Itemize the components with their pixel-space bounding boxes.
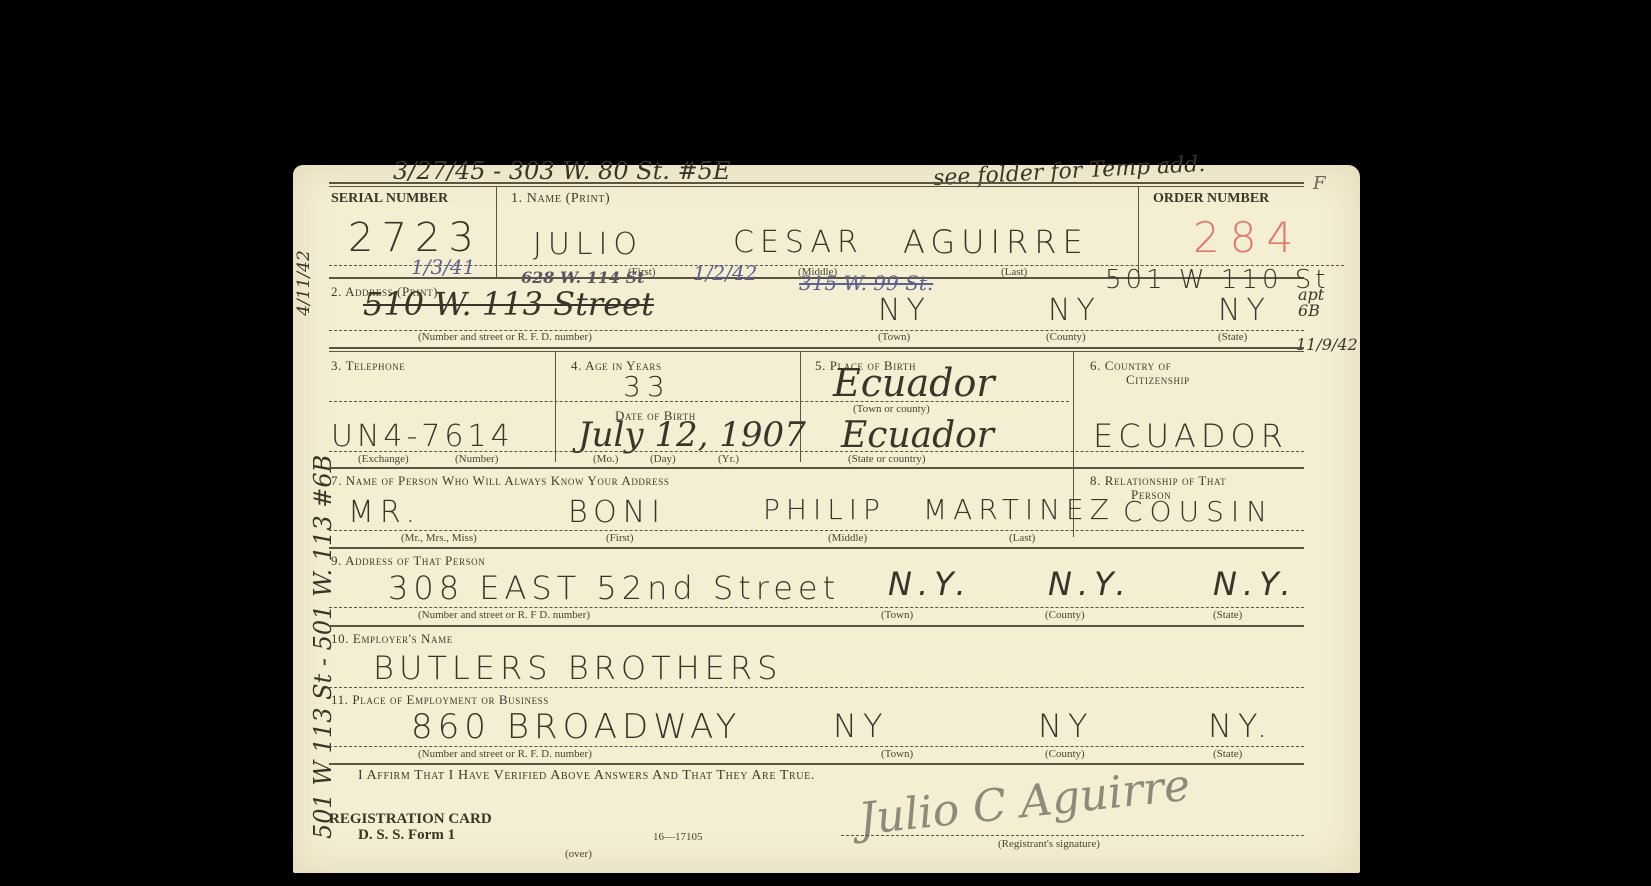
exchange-caption: (Exchange) [358, 453, 409, 465]
affirmation-text: I Affirm That I Have Verified Above Answ… [358, 768, 815, 784]
day-caption: (Day) [650, 453, 676, 465]
town-or-county-caption: (Town or county) [853, 403, 930, 415]
divider [329, 347, 1304, 349]
divider [329, 467, 1304, 469]
place-of-employment-label: 11. Place of Employment or Business [331, 692, 549, 708]
divider [1138, 187, 1139, 277]
print-code: 16—17105 [653, 831, 703, 843]
registration-card: 3/27/45 - 303 W. 80 St. #5E see folder f… [293, 165, 1360, 873]
contact-county-caption: (County) [1045, 609, 1085, 621]
divider [329, 547, 1304, 549]
place-of-birth-town: Ecuador [833, 361, 995, 405]
state-caption: (State) [1218, 331, 1247, 343]
registrant-signature: Julio C Aguirre [856, 760, 1192, 845]
contact-last: MARTINEZ [923, 493, 1115, 526]
date-of-birth-value: July 12, 1907 [578, 415, 806, 455]
address-state: NY [1218, 293, 1271, 328]
age-value: 33 [623, 370, 671, 403]
registration-card-title: REGISTRATION CARD [329, 811, 492, 828]
over-note: (over) [565, 848, 592, 860]
divider [329, 182, 1304, 184]
employment-street: 860 BROADWAY [411, 707, 741, 747]
contact-town-caption: (Town) [881, 609, 913, 621]
order-number-label: ORDER NUMBER [1153, 191, 1269, 207]
address-street: 510 W. 113 Street [363, 285, 654, 323]
title-caption: (Mr., Mrs., Miss) [401, 532, 477, 544]
contact-first: BONI [568, 495, 666, 530]
form-number: D. S. S. Form 1 [358, 827, 455, 844]
address-update-2-date: 1/2/42 [693, 261, 757, 285]
divider [329, 401, 1069, 402]
address-update-2-address: 315 W. 99 St. [799, 271, 933, 295]
contact-address-town: N.Y. [888, 565, 972, 603]
place-of-birth-state: Ecuador [841, 415, 994, 456]
serial-number-label: SERIAL NUMBER [331, 191, 448, 207]
employment-street-caption: (Number and street or R. F. D. number) [418, 748, 592, 760]
contact-address-state: N.Y. [1213, 565, 1297, 603]
divider [555, 352, 556, 462]
top-annotation: 3/27/45 - 303 W. 80 St. #5E [393, 157, 730, 185]
telephone-label: 3. Telephone [331, 358, 405, 374]
mo-caption: (Mo.) [593, 453, 618, 465]
address-update-1-date: 1/3/41 [411, 255, 475, 279]
employer-value: BUTLERS BROTHERS [373, 649, 782, 687]
address-update-3-date: 11/9/42 [1296, 335, 1358, 354]
contact-middle: PHILIP [763, 493, 886, 526]
citizenship-value: ECUADOR [1093, 417, 1288, 455]
divider [329, 746, 1304, 747]
contact-middle-caption: (Middle) [828, 532, 867, 544]
street-caption: (Number and street or R. F. D. number) [418, 331, 592, 343]
contact-address-county: N.Y. [1048, 565, 1132, 603]
divider [329, 530, 1304, 531]
divider [329, 607, 1304, 608]
contact-street-caption: (Number and street or R. F D. number) [418, 609, 590, 621]
employment-state: NY. [1208, 707, 1273, 745]
divider [329, 625, 1304, 627]
state-or-country-caption: (State or country) [848, 453, 926, 465]
address-town: NY [878, 293, 931, 328]
signature-line [841, 835, 1304, 836]
divider [329, 351, 1304, 352]
county-caption: (County) [1046, 331, 1086, 343]
address-county: NY [1048, 293, 1101, 328]
divider [329, 186, 1304, 187]
order-number-value: 284 [1193, 213, 1303, 262]
address-update-3-apt: apt 6B [1298, 287, 1348, 319]
yr-caption: (Yr.) [718, 453, 739, 465]
divider [329, 687, 1304, 688]
town-caption: (Town) [878, 331, 910, 343]
name-last: AGUIRRE [903, 223, 1089, 261]
contact-state-caption: (State) [1213, 609, 1242, 621]
contact-first-caption: (First) [606, 532, 634, 544]
divider [496, 187, 497, 277]
employer-label: 10. Employer's Name [331, 631, 453, 647]
corner-mark: F [1313, 173, 1326, 194]
relationship-value: COUSIN [1123, 495, 1274, 528]
number-caption: (Number) [455, 453, 498, 465]
citizenship-label-2: Citizenship [1126, 372, 1190, 388]
divider [329, 451, 1304, 452]
employment-state-caption: (State) [1213, 748, 1242, 760]
signature-caption: (Registrant's signature) [998, 838, 1100, 850]
contact-title: MR. [348, 495, 421, 530]
employment-town: NY [833, 707, 888, 745]
employment-county: NY [1038, 707, 1093, 745]
telephone-value: UN4-7614 [331, 419, 514, 454]
address-update-3-address: 501 W 110 St [1105, 265, 1329, 295]
contact-person-label: 7. Name of Person Who Will Always Know Y… [331, 473, 669, 489]
employment-county-caption: (County) [1045, 748, 1085, 760]
name-middle: CESAR [733, 225, 864, 260]
contact-address-street: 308 EAST 52nd Street [388, 569, 840, 607]
contact-last-caption: (Last) [1009, 532, 1035, 544]
name-first: JULIO [533, 227, 643, 262]
name-label: 1. Name (Print) [511, 191, 610, 207]
left-margin-annotation-top: 4/11/42 [294, 250, 314, 316]
contact-address-label: 9. Address of That Person [331, 553, 485, 569]
employment-town-caption: (Town) [881, 748, 913, 760]
